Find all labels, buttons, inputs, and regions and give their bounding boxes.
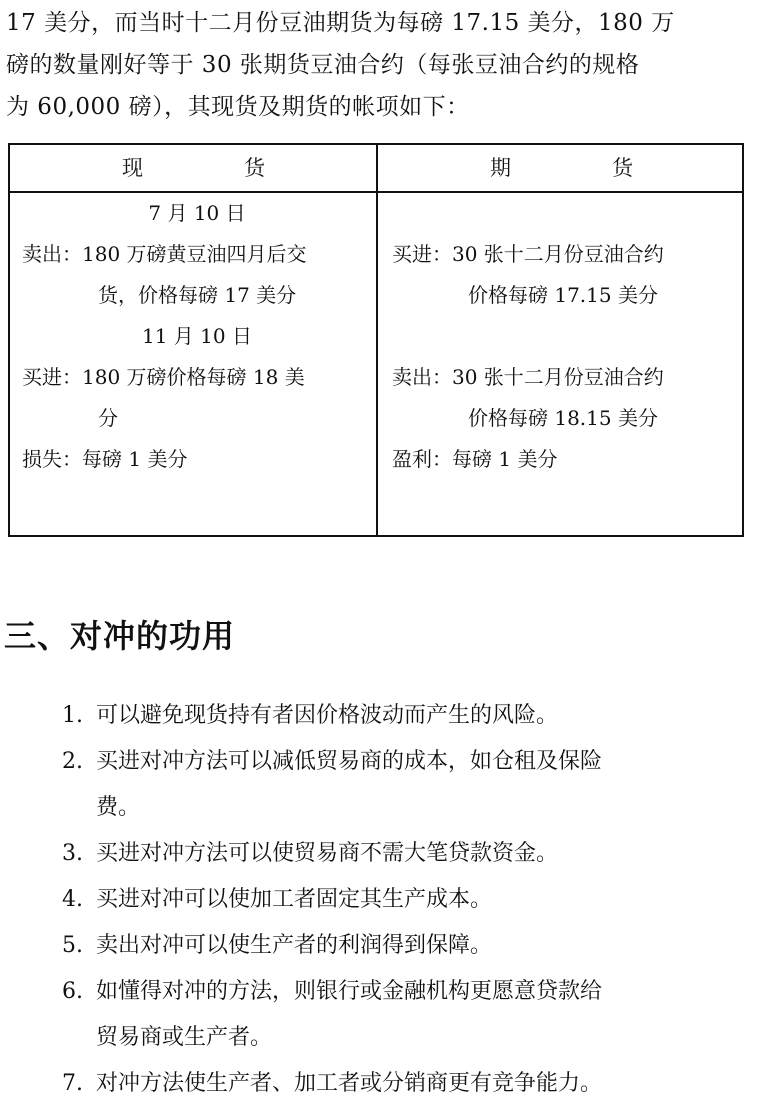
spot-date-row: 7 月 10 日: [22, 193, 372, 234]
list-item: 2. 买进对冲方法可以减低贸易商的成本，如仓租及保险 费。: [62, 739, 752, 831]
list-item: 6. 如懂得对冲的方法，则银行或金融机构更愿意贷款给 贸易商或生产者。: [62, 969, 752, 1061]
list-item-text: 费。: [96, 785, 752, 831]
hedging-benefits-list: 1. 可以避免现货持有者因价格波动而产生的风险。 2. 买进对冲方法可以减低贸易…: [62, 693, 752, 1106]
list-item-text: 卖出对冲可以使生产者的利润得到保障。: [96, 923, 752, 969]
list-item: 1. 可以避免现货持有者因价格波动而产生的风险。: [62, 693, 752, 739]
futures-sell-row: 卖出：30 张十二月份豆油合约: [392, 357, 742, 398]
intro-line: 为 60,000 磅），其现货及期货的帐项如下：: [6, 86, 754, 128]
list-item-text: 买进对冲方法可以减低贸易商的成本，如仓租及保险: [96, 739, 752, 785]
list-item-number: 7.: [62, 1061, 83, 1106]
section-heading: 三、对冲的功用: [4, 612, 235, 660]
list-item-number: 5.: [62, 923, 83, 969]
list-item-text: 买进对冲可以使加工者固定其生产成本。: [96, 877, 752, 923]
hedge-accounts-table: 现 货 期 货 7 月 10 日 卖出：180 万磅黄豆油四月后交 货，价格每磅…: [8, 143, 744, 537]
list-item: 7. 对冲方法使生产者、加工者或分销商更有竞争能力。: [62, 1061, 752, 1106]
spot-sell-cont-row: 货，价格每磅 17 美分: [22, 275, 372, 316]
futures-profit-row: 盈利：每磅 1 美分: [392, 439, 742, 480]
list-item-number: 2.: [62, 739, 83, 785]
header-futures-char-2: 货: [612, 145, 633, 191]
column-divider: [376, 145, 378, 535]
spot-column: 7 月 10 日 卖出：180 万磅黄豆油四月后交 货，价格每磅 17 美分 1…: [22, 193, 372, 480]
spot-date-row: 11 月 10 日: [22, 316, 372, 357]
list-item-number: 4.: [62, 877, 83, 923]
spot-buy-cont-row: 分: [22, 398, 372, 439]
header-spot-char-2: 货: [244, 145, 265, 191]
futures-sell-cont-row: 价格每磅 18.15 美分: [392, 398, 742, 439]
list-item: 5. 卖出对冲可以使生产者的利润得到保障。: [62, 923, 752, 969]
list-item-number: 6.: [62, 969, 83, 1015]
header-futures: 期 货: [378, 145, 744, 191]
header-spot: 现 货: [10, 145, 376, 191]
futures-column: 买进：30 张十二月份豆油合约 价格每磅 17.15 美分 卖出：30 张十二月…: [392, 193, 742, 480]
intro-line: 17 美分，而当时十二月份豆油期货为每磅 17.15 美分，180 万: [6, 2, 754, 44]
futures-buy-cont-row: 价格每磅 17.15 美分: [392, 275, 742, 316]
spot-loss-row: 损失：每磅 1 美分: [22, 439, 372, 480]
spot-buy-row: 买进：180 万磅价格每磅 18 美: [22, 357, 372, 398]
intro-paragraph: 17 美分，而当时十二月份豆油期货为每磅 17.15 美分，180 万 磅的数量…: [6, 2, 754, 128]
list-item: 3. 买进对冲方法可以使贸易商不需大笔贷款资金。: [62, 831, 752, 877]
list-item-text: 贸易商或生产者。: [96, 1015, 752, 1061]
header-futures-char-1: 期: [490, 145, 511, 191]
intro-line: 磅的数量刚好等于 30 张期货豆油合约（每张豆油合约的规格: [6, 44, 754, 86]
list-item-text: 可以避免现货持有者因价格波动而产生的风险。: [96, 693, 752, 739]
list-item-text: 对冲方法使生产者、加工者或分销商更有竞争能力。: [96, 1061, 752, 1106]
spot-sell-row: 卖出：180 万磅黄豆油四月后交: [22, 234, 372, 275]
list-item-number: 3.: [62, 831, 83, 877]
list-item: 4. 买进对冲可以使加工者固定其生产成本。: [62, 877, 752, 923]
futures-buy-row: 买进：30 张十二月份豆油合约: [392, 234, 742, 275]
futures-blank-row: [392, 193, 742, 234]
list-item-text: 买进对冲方法可以使贸易商不需大笔贷款资金。: [96, 831, 752, 877]
list-item-text: 如懂得对冲的方法，则银行或金融机构更愿意贷款给: [96, 969, 752, 1015]
list-item-number: 1.: [62, 693, 83, 739]
futures-blank-row: [392, 316, 742, 357]
header-spot-char-1: 现: [122, 145, 143, 191]
